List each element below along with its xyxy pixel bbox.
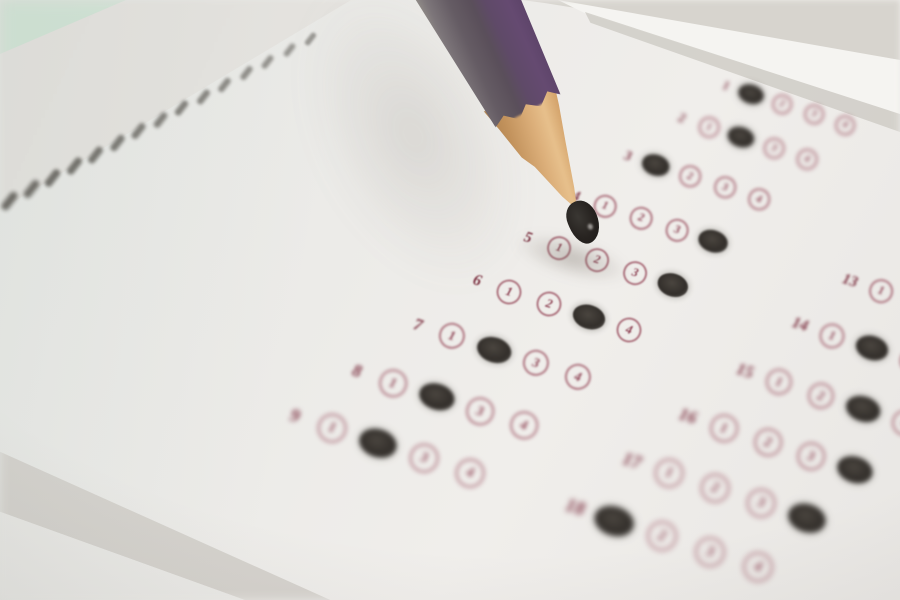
- bubble-filled-option-1: [736, 81, 766, 107]
- question-number: 16: [676, 403, 699, 428]
- bubble-filled-option-1: [591, 501, 638, 541]
- bubble-option-3: 3: [743, 485, 779, 521]
- bubble-option-2: 2: [697, 470, 733, 506]
- bubble-option-4: 4: [613, 315, 645, 347]
- bubble-option-3: 3: [761, 135, 787, 161]
- photo-answer-sheet-scene: Close-up photo of a standardized test an…: [0, 0, 900, 600]
- bubble-filled-option-2: [853, 332, 892, 365]
- question-number: 8: [350, 360, 365, 383]
- bubble-option-3: 3: [794, 439, 829, 474]
- bubble-option-4: 4: [452, 455, 488, 491]
- question-number: 14: [790, 314, 811, 336]
- bubble-option-2: 2: [677, 163, 704, 190]
- pencil-graphite-tip: [561, 196, 606, 248]
- bubble-filled-option-4: [695, 227, 730, 257]
- bubble-option-2: 2: [750, 425, 785, 460]
- bubble-option-4: 4: [832, 112, 857, 137]
- question-number: 3: [622, 147, 633, 164]
- bubble-option-3: 3: [711, 174, 738, 201]
- bubble-filled-option-4: [654, 269, 691, 300]
- bubble-option-1: 1: [651, 455, 687, 491]
- bubble-option-1: 1: [435, 319, 468, 352]
- bubble-filled-option-2: [356, 424, 401, 462]
- bubble-option-3: 3: [463, 394, 498, 429]
- bubble-filled-option-3: [842, 392, 883, 427]
- question-number: 2: [676, 109, 687, 126]
- question-number: 1: [721, 78, 732, 94]
- bubble-filled-option-2: [474, 332, 515, 367]
- bubble-option-2: 2: [770, 92, 795, 117]
- bubble-option-3: 3: [896, 346, 900, 378]
- bubble-filled-option-4: [785, 499, 830, 537]
- bubble-option-2: 2: [804, 379, 837, 412]
- bubble-option-3: 3: [663, 216, 691, 244]
- bubble-option-3: 3: [801, 102, 826, 127]
- bubble-option-1: 1: [817, 320, 849, 352]
- bubble-option-4: 4: [794, 146, 820, 172]
- question-number: 15: [734, 359, 756, 383]
- bubble-option-2: 2: [534, 289, 566, 321]
- bubble-option-3: 3: [519, 347, 552, 380]
- question-number: 9: [287, 405, 302, 428]
- question-number: 13: [840, 270, 860, 292]
- bubble-option-1: 1: [706, 410, 741, 445]
- bubble-option-1: 1: [696, 114, 722, 140]
- bubble-option-1: 1: [375, 365, 410, 400]
- bubble-option-4: 4: [561, 360, 594, 393]
- bubble-option-4: 4: [739, 548, 777, 586]
- bubble-filled-option-1: [639, 151, 672, 179]
- bubble-option-4: 4: [888, 406, 900, 439]
- bubble-option-1: 1: [314, 410, 350, 446]
- bubble-option-4: 4: [507, 408, 542, 443]
- question-number: 17: [620, 448, 644, 474]
- bubble-option-4: 4: [745, 185, 772, 212]
- bubble-filled-option-4: [834, 452, 877, 488]
- bubble-option-1: 1: [494, 276, 526, 308]
- bubble-filled-option-2: [415, 379, 458, 415]
- bubble-option-3: 3: [691, 533, 729, 571]
- bubble-filled-option-2: [725, 124, 757, 151]
- question-number: 18: [562, 495, 587, 522]
- bubble-filled-option-3: [570, 301, 609, 334]
- bubble-option-3: 3: [406, 440, 442, 476]
- bubble-option-2: 2: [643, 517, 681, 555]
- bubble-option-1: 1: [866, 276, 896, 306]
- bubble-option-1: 1: [762, 365, 795, 398]
